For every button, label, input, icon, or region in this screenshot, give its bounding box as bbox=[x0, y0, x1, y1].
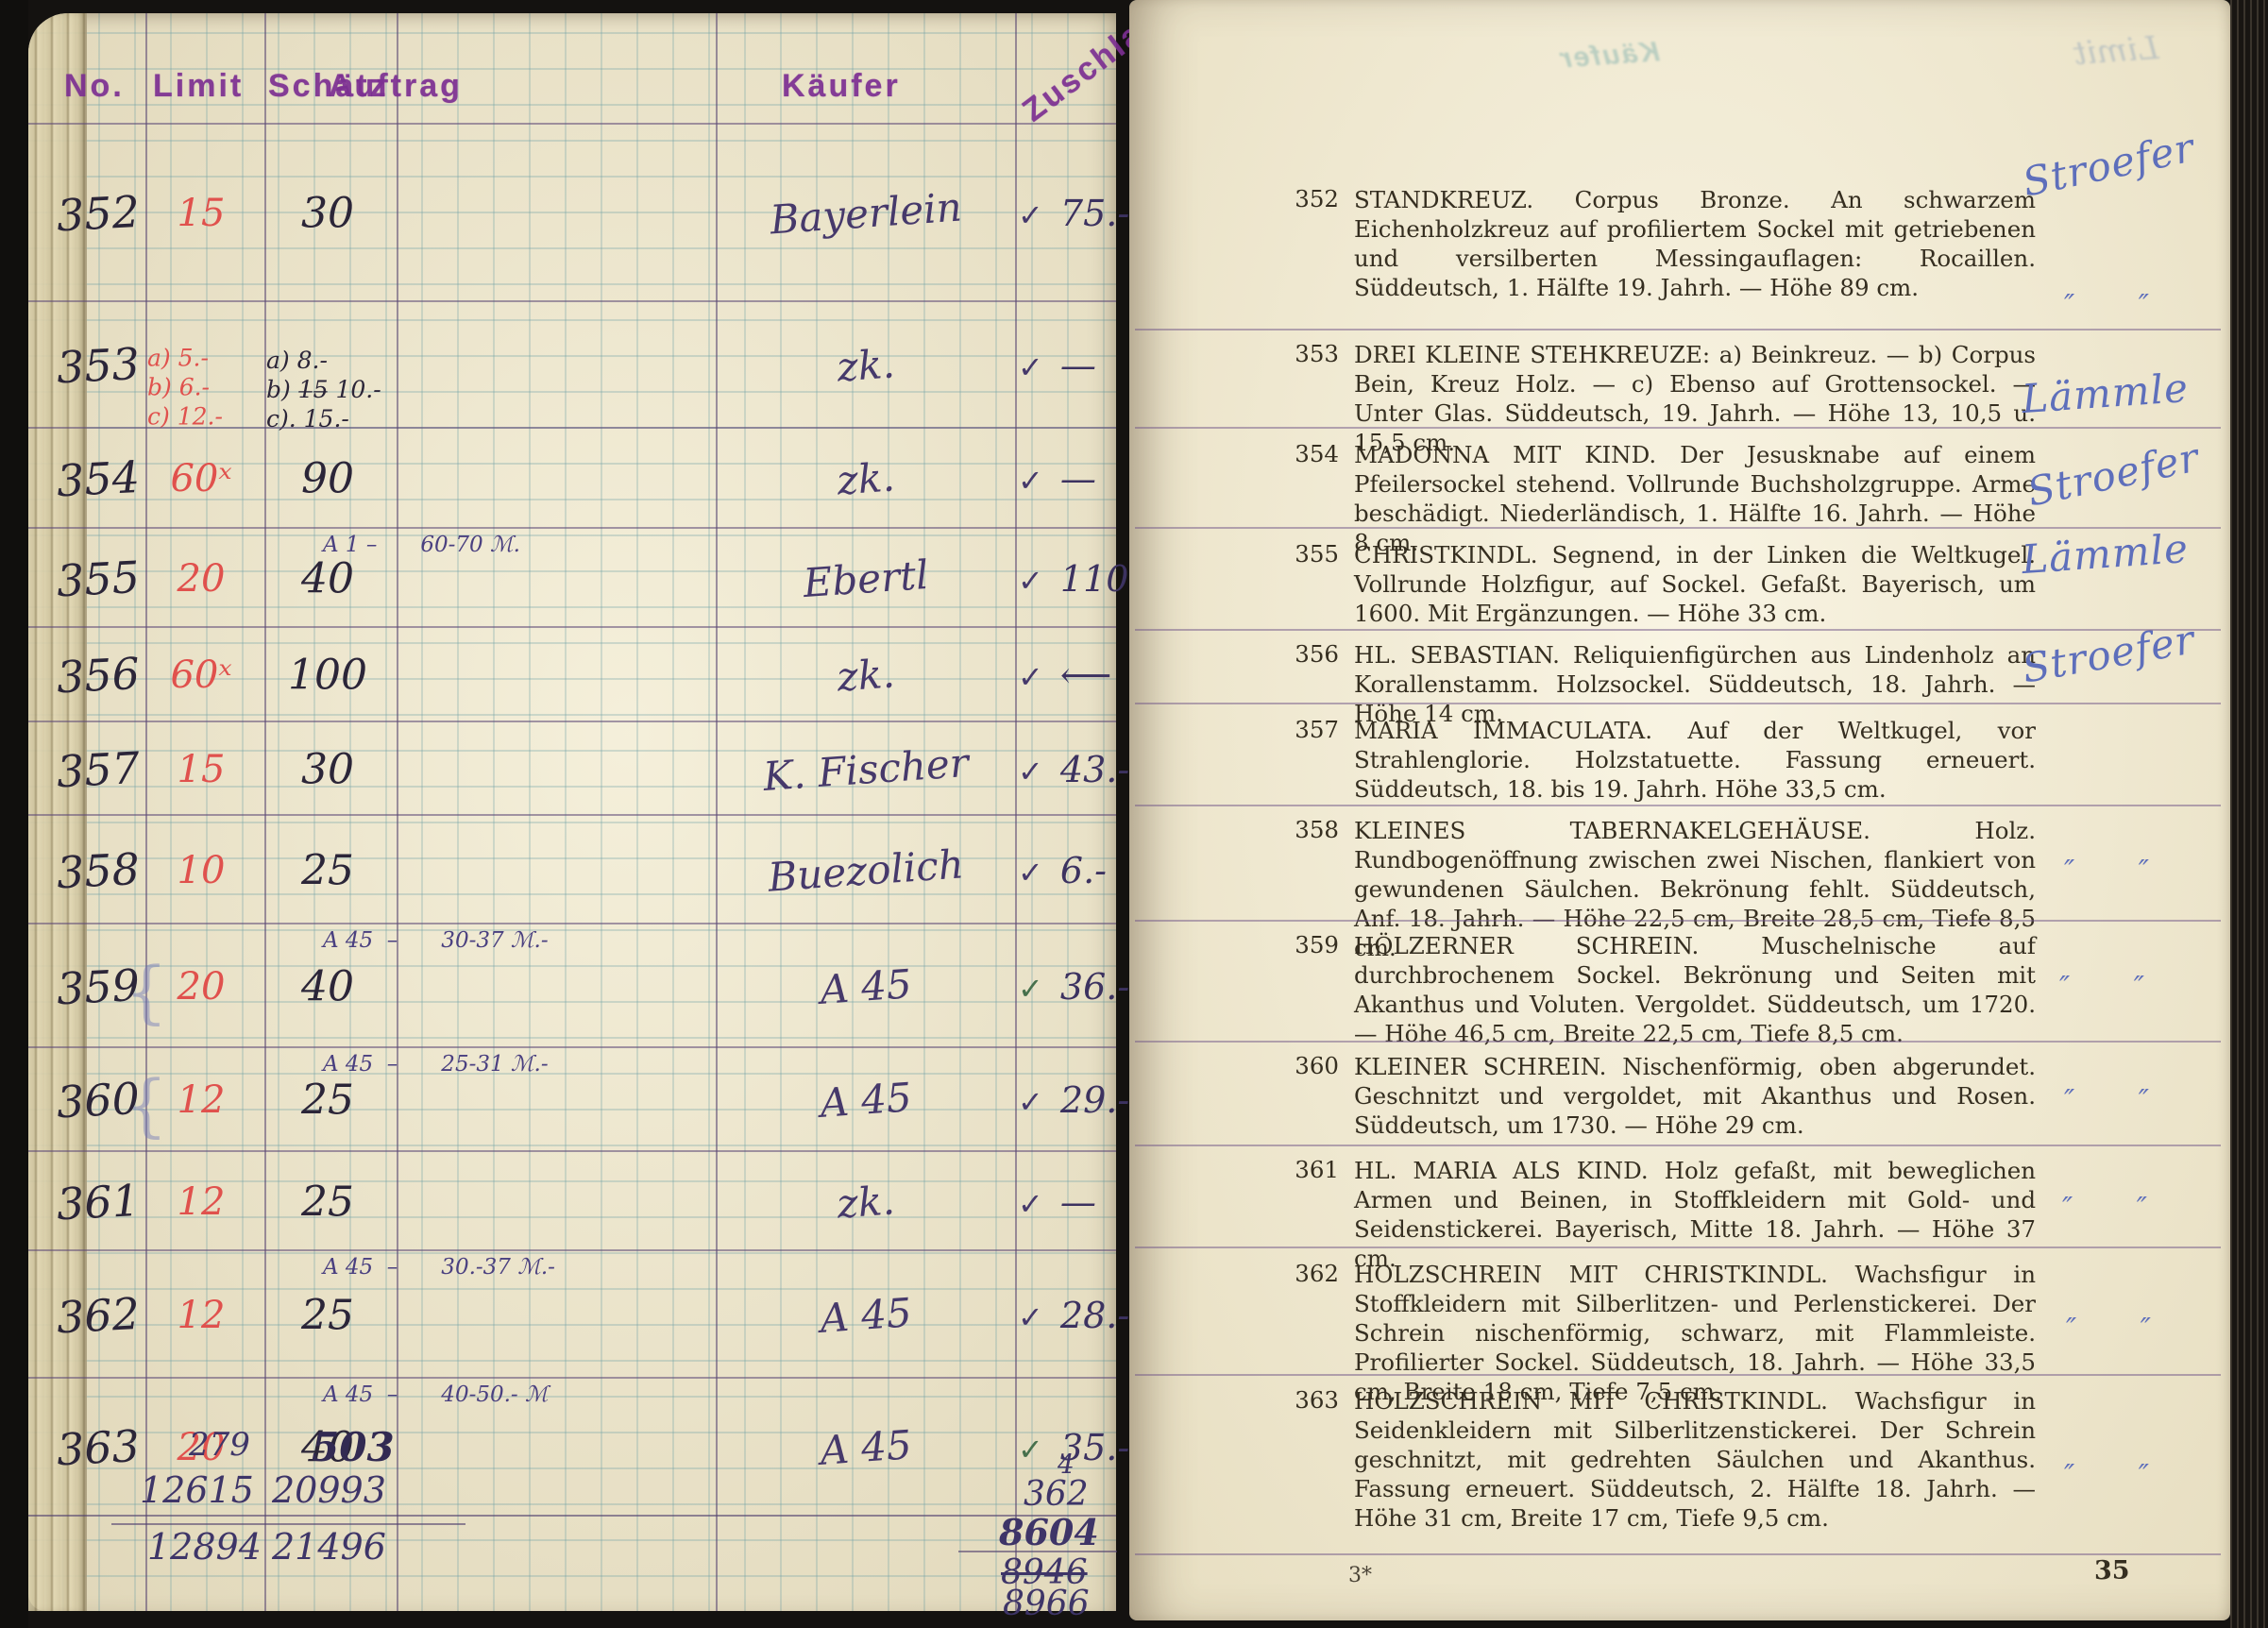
estimate-value: 100 bbox=[288, 652, 367, 700]
estimate-value: 30 bbox=[301, 190, 354, 238]
lot-number-cell: 356 bbox=[56, 648, 145, 704]
column-header-auftrag: Auftrag bbox=[329, 68, 463, 105]
ledger-row: 358 10 25 Buezolich ✓ 6.- bbox=[28, 814, 1116, 924]
bid-order-cell: A 45 – 25-31 ℳ.- bbox=[323, 1052, 729, 1077]
hammer-price-cell: ✓ — bbox=[1018, 345, 1141, 386]
hammer-price-value: — bbox=[1060, 458, 1096, 500]
bid-order-cell: A 45 – 30.-37 ℳ.- bbox=[323, 1255, 729, 1280]
buyer-cell: zk. bbox=[719, 332, 1014, 399]
buyer-cell: Ebertl bbox=[719, 545, 1014, 612]
hammer-price-cell: ✓ ⟵ bbox=[1018, 654, 1141, 696]
bleedthrough-kaufer-text: Käufer bbox=[1558, 36, 1661, 75]
estimate-cell: 30 bbox=[266, 190, 395, 238]
lot-number: 359 bbox=[1271, 931, 1339, 958]
lot-description: STANDKREUZ. Corpus Bronze. An schwarzem … bbox=[1354, 185, 2036, 302]
hammer-price-cell: ✓ 75.- bbox=[1018, 193, 1141, 234]
catalog-page-right: Käufer Limit 352 STANDKREUZ. Corpus Bron… bbox=[1129, 0, 2230, 1620]
estimate-value: 30 bbox=[301, 745, 354, 793]
check-icon: ✓ bbox=[1018, 659, 1043, 695]
lot-number-cell: 357 bbox=[56, 741, 145, 797]
limit-sub-lines bbox=[225, 1180, 232, 1224]
buyer-annotation: Stroefer bbox=[2023, 433, 2204, 515]
estimate-cell: 25 bbox=[266, 846, 395, 894]
limit-sub-lines bbox=[225, 849, 232, 892]
buyer-annotation: Lämmle bbox=[2021, 525, 2191, 583]
entry-separator-line bbox=[1135, 1041, 2221, 1043]
hammer-price-value: ⟵ bbox=[1060, 654, 1111, 696]
limit-value: 60ˣ bbox=[170, 457, 231, 500]
buyer-annotation-ditto: ″ ″ bbox=[2064, 289, 2149, 322]
estimate-sub-lines bbox=[354, 570, 360, 599]
limit-value: 20 bbox=[178, 965, 226, 1009]
estimate-sub-lines bbox=[354, 862, 360, 890]
sums-top-line bbox=[28, 1515, 1116, 1517]
signature-mark: 3* bbox=[1348, 1564, 1372, 1587]
buyer-annotation-ditto: ″ ″ bbox=[2066, 1313, 2151, 1346]
limit-cell: a) 5.- b) 6.- c) 12.- bbox=[147, 300, 262, 432]
buyer-cell: A 45 bbox=[719, 1281, 1014, 1348]
estimate-cell: 40 bbox=[266, 554, 395, 602]
sum-schatz-subtotal: 20993 bbox=[272, 1469, 386, 1511]
lot-number-cell: 355 bbox=[56, 551, 145, 606]
lot-number-cell: 353 bbox=[56, 338, 145, 394]
estimate-sub-lines bbox=[354, 1093, 360, 1121]
check-icon: ✓ bbox=[1018, 971, 1043, 1007]
ledger-page-left: No. Limit Schätz Auftrag Käufer Zuschlag… bbox=[28, 13, 1116, 1611]
buyer-annotation-ditto: ″ ″ bbox=[2064, 1084, 2149, 1117]
limit-cell: { 12 bbox=[147, 1078, 262, 1122]
estimate-cell: 30 bbox=[266, 745, 395, 793]
check-icon: ✓ bbox=[1018, 1084, 1043, 1120]
buyer-cell: A 45 bbox=[719, 1067, 1014, 1134]
limit-value: 12 bbox=[178, 1294, 226, 1337]
limit-sub-lines bbox=[225, 748, 232, 791]
estimate-sub-lines: a) 8.- b) 1̶5̶ 10.- c). 15.- bbox=[266, 314, 395, 433]
estimate-line-b: b) 1̶5̶ 10.- bbox=[266, 375, 395, 404]
ledger-row: 359 { 20 40 A 45 – 30-37 ℳ.- A 45 ✓ 36.- bbox=[28, 923, 1116, 1048]
sum-schatz-total: 21496 bbox=[272, 1526, 386, 1568]
limit-line-b: b) 6.- bbox=[147, 373, 262, 402]
buyer-cell: A 45 bbox=[719, 953, 1014, 1020]
limit-cell: 10 bbox=[147, 849, 262, 892]
entry-separator-line bbox=[1135, 805, 2221, 806]
entry-separator-line bbox=[1135, 1374, 2221, 1376]
sum-limit-total: 12894 bbox=[147, 1526, 262, 1568]
limit-cell: { 20 bbox=[147, 965, 262, 1009]
brace-mark: { bbox=[125, 1065, 168, 1145]
sum-limit-partial: 279 bbox=[189, 1426, 250, 1464]
hammer-price-cell: ✓ — bbox=[1018, 458, 1141, 500]
bleedthrough-limit-text: Limit bbox=[2073, 29, 2160, 73]
limit-sub-lines bbox=[225, 965, 232, 1009]
bid-order-cell: A 45 – 40-50.- ℳ bbox=[323, 1382, 729, 1407]
lot-number: 362 bbox=[1271, 1260, 1339, 1287]
lot-number-cell: 352 bbox=[56, 186, 145, 242]
limit-sub-lines bbox=[225, 1078, 232, 1122]
lot-number: 353 bbox=[1271, 340, 1339, 367]
limit-value: 60ˣ bbox=[170, 653, 231, 697]
estimate-cell: 25 bbox=[266, 1291, 395, 1339]
sum-limit-subtotal: 12615 bbox=[140, 1469, 254, 1511]
hammer-price-cell: ✓ 36.- bbox=[1018, 966, 1141, 1008]
ledger-row: 361 12 25 zk. ✓ — bbox=[28, 1150, 1116, 1251]
lot-number: 355 bbox=[1271, 540, 1339, 568]
ledger-row: 356 60ˣ 100 zk. ✓ ⟵ bbox=[28, 626, 1116, 722]
lot-number-cell: 362 bbox=[56, 1287, 145, 1343]
limit-sub-lines bbox=[225, 192, 232, 235]
ledger-row: 353 a) 5.- b) 6.- c) 12.- a) 8.- b) 1̶5̶… bbox=[28, 300, 1116, 429]
lot-number: 354 bbox=[1271, 440, 1339, 467]
lot-number: 358 bbox=[1271, 816, 1339, 843]
book-page-stack-edge-right bbox=[2230, 0, 2268, 1628]
entry-separator-line bbox=[1135, 629, 2221, 631]
buyer-cell: zk. bbox=[719, 446, 1014, 513]
check-icon: ✓ bbox=[1018, 1432, 1043, 1467]
bid-order-cell: A 1 – 60-70 ℳ. bbox=[323, 533, 729, 557]
hammer-price-cell: ✓ 6.- bbox=[1018, 850, 1141, 891]
lot-number: 361 bbox=[1271, 1156, 1339, 1183]
buyer-cell: zk. bbox=[719, 1168, 1014, 1235]
limit-value: 15 bbox=[178, 192, 226, 235]
limit-sub-lines bbox=[225, 1294, 232, 1337]
sum-zuschlag-a: 362 bbox=[1024, 1475, 1089, 1514]
sum-zuschlag-total: 8966 bbox=[1003, 1585, 1090, 1623]
estimate-sub-lines bbox=[354, 471, 360, 500]
lot-number-cell: 361 bbox=[56, 1174, 145, 1229]
limit-cell: 15 bbox=[147, 192, 262, 235]
buyer-cell: zk. bbox=[719, 642, 1014, 709]
check-icon: ✓ bbox=[1018, 349, 1043, 385]
sums-underline bbox=[111, 1523, 465, 1525]
estimate-sub-lines bbox=[354, 1194, 360, 1222]
limit-sub-lines bbox=[232, 457, 240, 500]
limit-cell: 15 bbox=[147, 748, 262, 791]
estimate-line-a: a) 8.- bbox=[266, 346, 395, 375]
lot-number: 357 bbox=[1271, 716, 1339, 743]
lot-description: HOLZSCHREIN MIT CHRISTKINDL. Wachsfigur … bbox=[1354, 1386, 2036, 1533]
estimate-sub-lines bbox=[354, 1307, 360, 1335]
check-icon: ✓ bbox=[1018, 1299, 1043, 1335]
book-cover-edge-left bbox=[0, 0, 28, 1628]
bid-order-cell: A 45 – 30-37 ℳ.- bbox=[323, 928, 729, 953]
buyer-annotation-ditto: ″ ″ bbox=[2062, 1192, 2147, 1225]
estimate-cell: 25 bbox=[266, 1077, 395, 1125]
buyer-cell: K. Fischer bbox=[719, 736, 1014, 803]
ledger-row: 360 { 12 25 A 45 – 25-31 ℳ.- A 45 ✓ 29.- bbox=[28, 1046, 1116, 1152]
limit-sub-lines bbox=[225, 557, 232, 601]
lot-description: KLEINER SCHREIN. Nischenförmig, oben abg… bbox=[1354, 1052, 2036, 1140]
hammer-price-value: 36.- bbox=[1060, 966, 1129, 1008]
zuschlag-sum-underline bbox=[958, 1551, 1117, 1552]
limit-value: 10 bbox=[178, 849, 226, 892]
ledger-row: 362 12 25 A 45 – 30.-37 ℳ.- A 45 ✓ 28.- bbox=[28, 1249, 1116, 1379]
ledger-row: 354 60ˣ 90 zk. ✓ — bbox=[28, 427, 1116, 529]
lot-number-cell: 363 bbox=[56, 1420, 145, 1476]
buyer-annotation-ditto: ″ ″ bbox=[2064, 855, 2149, 888]
lot-number: 356 bbox=[1271, 640, 1339, 668]
estimate-sub-lines bbox=[354, 761, 360, 789]
column-header-no: No. bbox=[64, 68, 125, 105]
hammer-price-cell: ✓ 43.- bbox=[1018, 749, 1141, 790]
estimate-value: 90 bbox=[301, 455, 354, 503]
estimate-value: 25 bbox=[301, 846, 354, 894]
entry-separator-line bbox=[1135, 1246, 2221, 1248]
estimate-cell: a) 8.- b) 1̶5̶ 10.- c). 15.- bbox=[266, 297, 395, 433]
hammer-price-cell: ✓ — bbox=[1018, 1181, 1141, 1223]
hammer-price-cell: ✓ 29.- bbox=[1018, 1079, 1141, 1121]
buyer-annotation-ditto: ″ ″ bbox=[2064, 1459, 2149, 1492]
entry-separator-line bbox=[1135, 1553, 2221, 1555]
check-icon: ✓ bbox=[1018, 1186, 1043, 1222]
entry-separator-line bbox=[1135, 920, 2221, 922]
estimate-cell: 90 bbox=[266, 455, 395, 503]
estimate-value: 25 bbox=[301, 1077, 354, 1125]
check-icon: ✓ bbox=[1018, 855, 1043, 890]
limit-sub-lines bbox=[232, 653, 240, 697]
estimate-cell: 40 bbox=[266, 962, 395, 1010]
hammer-price-cell: ✓ 28.- bbox=[1018, 1295, 1141, 1336]
entry-separator-line bbox=[1135, 703, 2221, 704]
page-number: 35 bbox=[2094, 1556, 2130, 1586]
buyer-cell: A 45 bbox=[719, 1415, 1014, 1482]
hammer-price-value: — bbox=[1060, 1181, 1096, 1223]
lot-number: 352 bbox=[1271, 185, 1339, 212]
sum-zuschlag-b: 8604 bbox=[999, 1511, 1099, 1553]
lot-description: MARIA IMMACULATA. Auf der Weltkugel, vor… bbox=[1354, 716, 2036, 804]
auction-ledger-book-scan: No. Limit Schätz Auftrag Käufer Zuschlag… bbox=[0, 0, 2268, 1628]
hammer-price-value: 6.- bbox=[1060, 850, 1107, 891]
hammer-price-cell: ✓ 35.- bbox=[1018, 1427, 1141, 1468]
ledger-row: 357 15 30 K. Fischer ✓ 43.- bbox=[28, 721, 1116, 816]
lot-description: CHRISTKINDL. Segnend, in der Linken die … bbox=[1354, 540, 2036, 628]
brace-mark: { bbox=[125, 952, 168, 1031]
hammer-price-value: 28.- bbox=[1060, 1295, 1129, 1336]
limit-cell: 60ˣ bbox=[147, 653, 262, 697]
limit-value: 12 bbox=[178, 1180, 226, 1224]
lot-description: HÖLZERNER SCHREIN. Muschelnische auf dur… bbox=[1354, 931, 2036, 1048]
estimate-value: 40 bbox=[301, 962, 354, 1010]
limit-value: 20 bbox=[178, 557, 226, 601]
limit-value: 15 bbox=[178, 748, 226, 791]
limit-cell: 12 bbox=[147, 1180, 262, 1224]
buyer-annotation-ditto: ″ ″ bbox=[2059, 971, 2144, 1004]
ledger-row: 352 15 30 Bayerlein ✓ 75.- bbox=[28, 123, 1116, 302]
limit-cell: 60ˣ bbox=[147, 457, 262, 500]
buyer-cell: Bayerlein bbox=[719, 180, 1014, 247]
column-header-limit: Limit bbox=[153, 68, 244, 105]
estimate-sub-lines bbox=[354, 206, 360, 234]
estimate-value: 25 bbox=[301, 1178, 354, 1226]
estimate-cell: 25 bbox=[266, 1178, 395, 1226]
hammer-price-value: 43.- bbox=[1060, 749, 1129, 790]
lot-number-cell: 354 bbox=[56, 451, 145, 507]
limit-line-a: a) 5.- bbox=[147, 344, 262, 373]
estimate-value: 25 bbox=[301, 1291, 354, 1339]
entry-separator-line bbox=[1135, 527, 2221, 529]
lot-number-cell: 358 bbox=[56, 842, 145, 898]
hammer-price-cell: ✓ 110.- bbox=[1018, 558, 1141, 600]
entry-separator-line bbox=[1135, 1145, 2221, 1146]
check-icon: ✓ bbox=[1018, 563, 1043, 599]
entry-separator-line bbox=[1135, 427, 2221, 429]
lot-description: HOLZSCHREIN MIT CHRISTKINDL. Wachsfigur … bbox=[1354, 1260, 2036, 1406]
buyer-annotation: Lämmle bbox=[2021, 365, 2191, 422]
estimate-sub-lines bbox=[354, 978, 360, 1007]
limit-cell: 20 bbox=[147, 557, 262, 601]
check-icon: ✓ bbox=[1018, 197, 1043, 233]
hammer-price-value: 75.- bbox=[1060, 193, 1129, 234]
ledger-row: 355 20 40 A 1 – 60-70 ℳ. Ebertl ✓ 110.- bbox=[28, 527, 1116, 628]
entry-separator-line bbox=[1135, 329, 2221, 331]
buyer-cell: Buezolich bbox=[719, 837, 1014, 904]
limit-cell: 12 bbox=[147, 1294, 262, 1337]
lot-description: HL. MARIA ALS KIND. Holz gefaßt, mit bew… bbox=[1354, 1156, 2036, 1273]
buyer-annotation: Stroefer bbox=[2019, 124, 2199, 205]
limit-sub-lines: a) 5.- b) 6.- c) 12.- bbox=[147, 300, 262, 432]
lot-number: 363 bbox=[1271, 1386, 1339, 1414]
limit-value: 12 bbox=[178, 1078, 226, 1122]
estimate-sub-lines bbox=[367, 668, 373, 696]
sum-schatz-partial: 503 bbox=[312, 1424, 395, 1470]
column-header-kaufer: Käufer bbox=[782, 68, 901, 105]
check-icon: ✓ bbox=[1018, 463, 1043, 499]
estimate-value: 40 bbox=[301, 554, 354, 602]
hammer-price-value: 29.- bbox=[1060, 1079, 1129, 1121]
hammer-price-value: — bbox=[1060, 345, 1096, 386]
check-icon: ✓ bbox=[1018, 754, 1043, 789]
estimate-cell: 100 bbox=[266, 652, 395, 700]
lot-number: 360 bbox=[1271, 1052, 1339, 1079]
buyer-annotation: Stroefer bbox=[2019, 616, 2198, 691]
